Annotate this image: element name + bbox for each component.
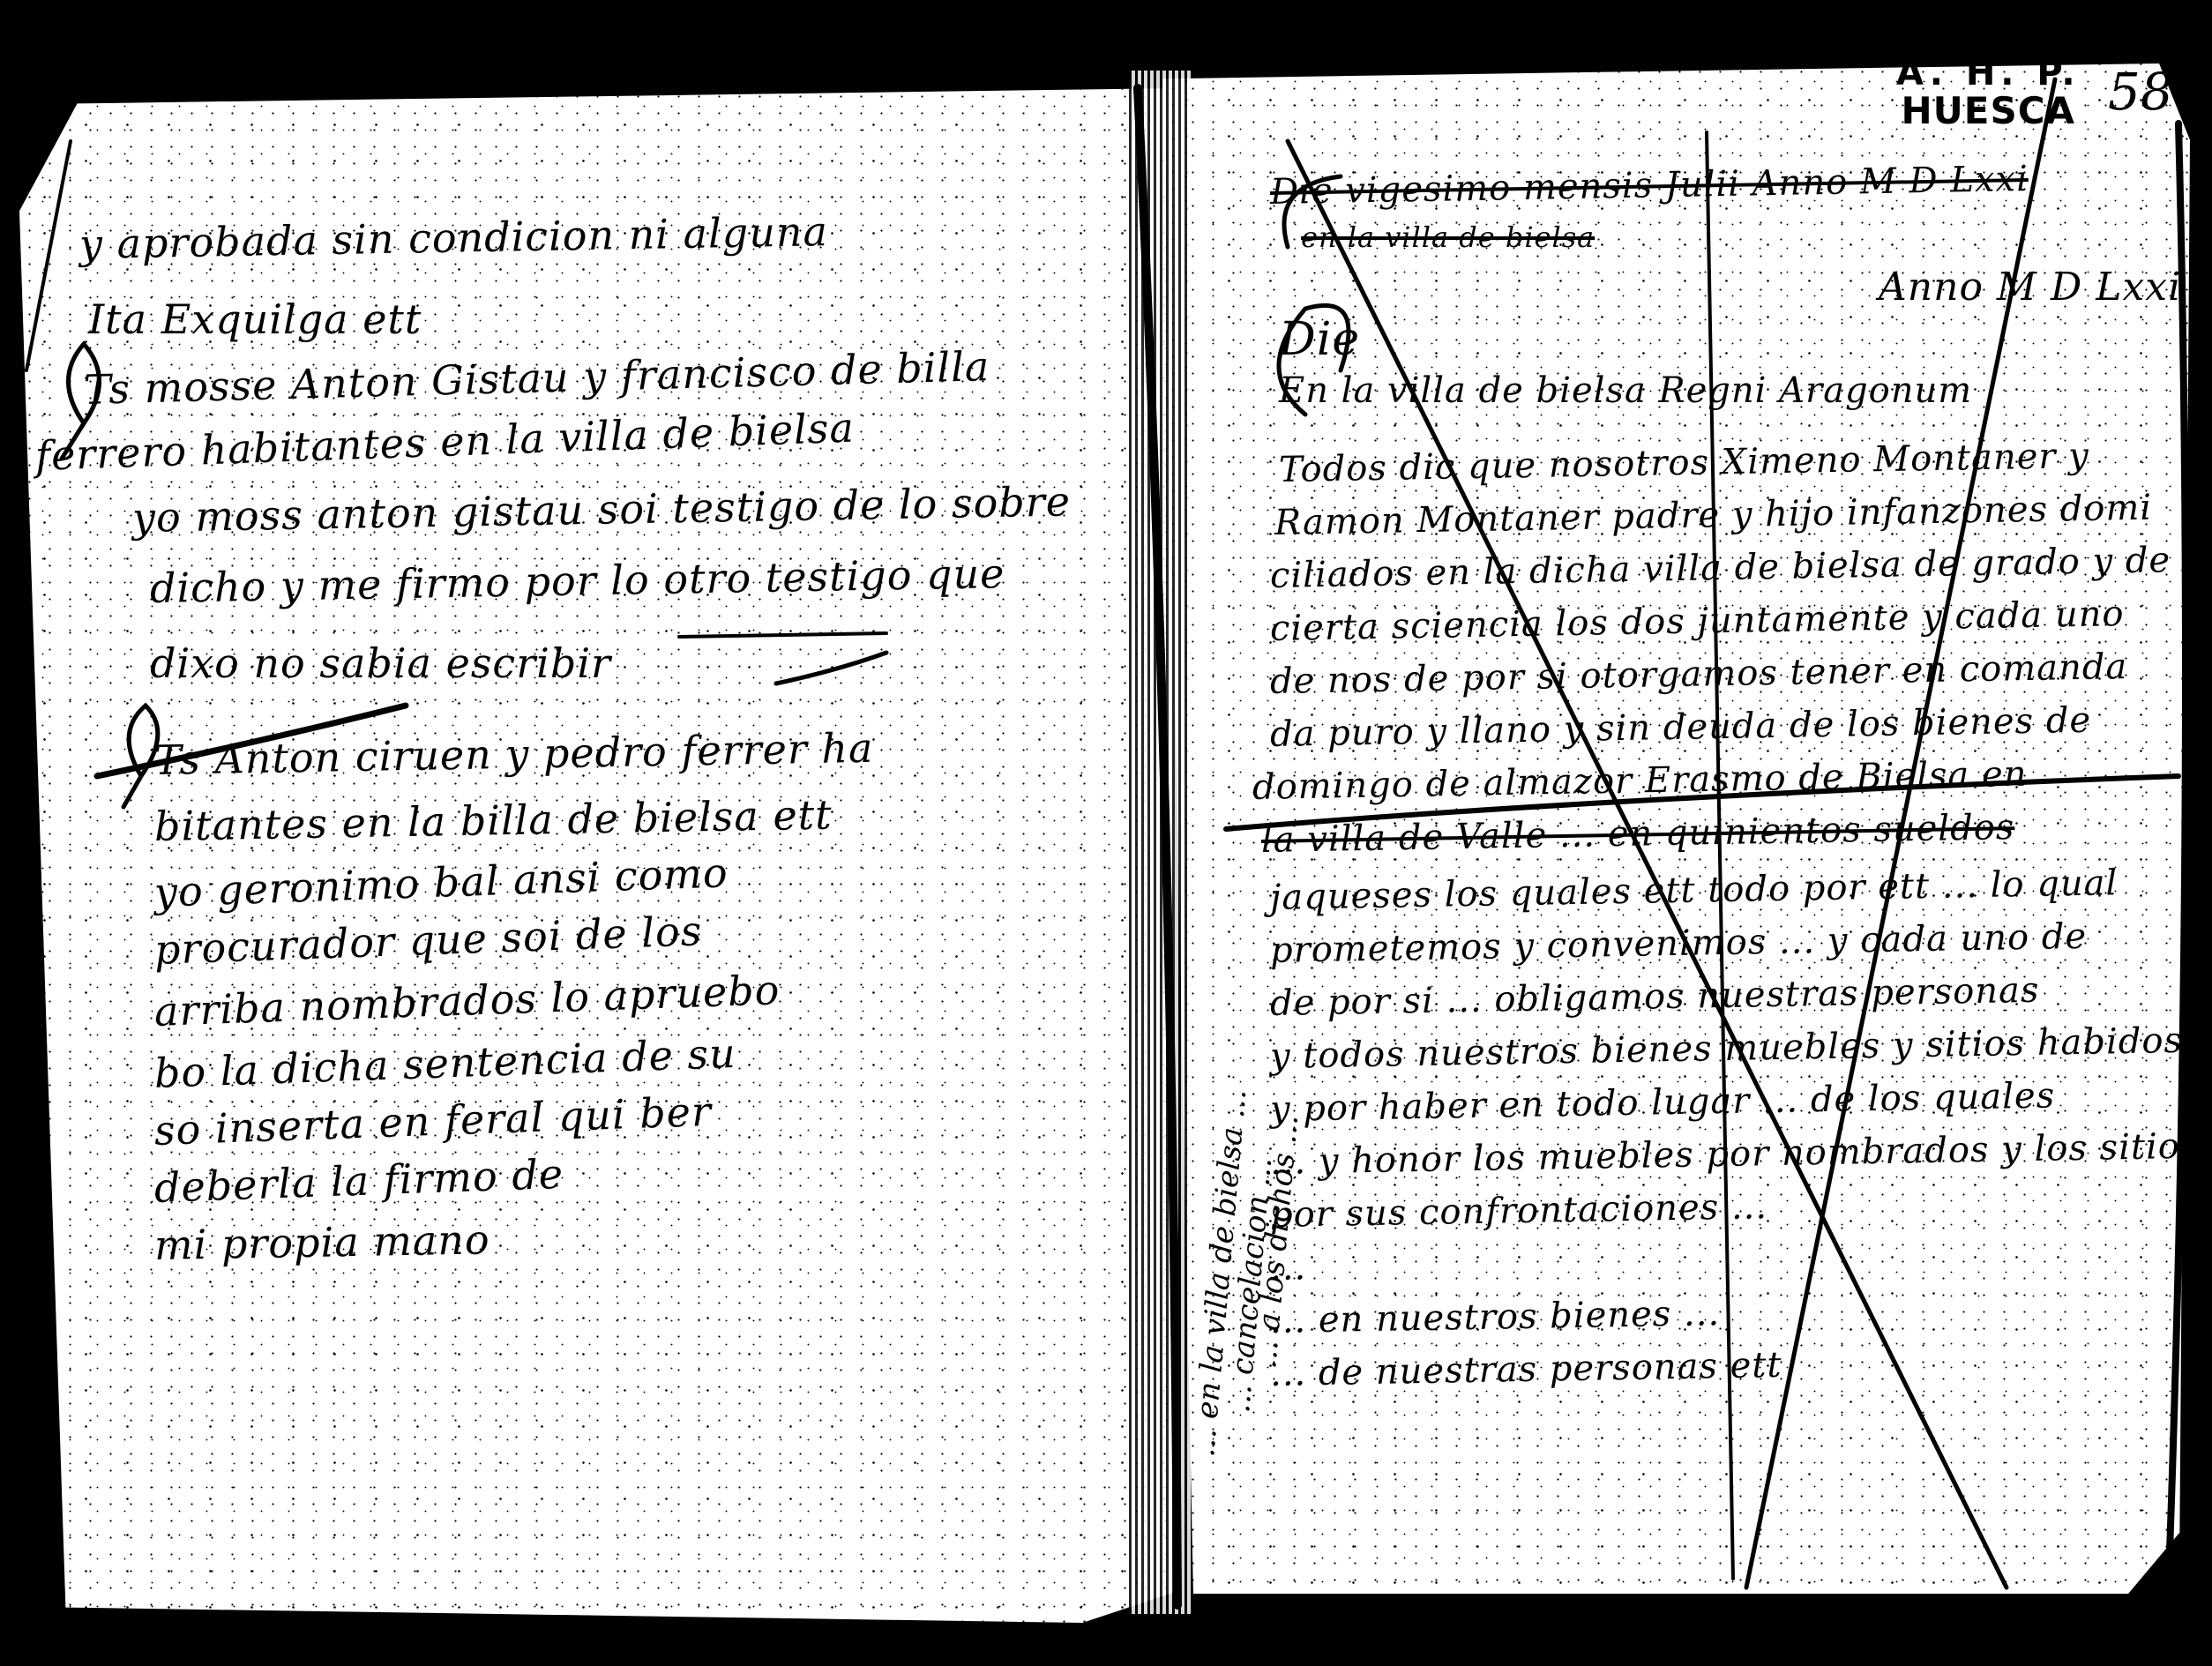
stamp-line-1: A. H. P. (1896, 55, 2081, 92)
manuscript-line: mi propia mano (154, 1215, 491, 1269)
book-gutter (1129, 71, 1191, 1614)
die-label: Die (1279, 313, 1360, 366)
place-line: En la villa de bielsa Regni Aragonum (1279, 370, 1972, 411)
manuscript-line: dixo no sabia escribir (150, 639, 611, 687)
archive-stamp: A. H. P. HUESCA (1896, 55, 2081, 131)
manuscript-line: Ita Exquilga ett (88, 295, 422, 343)
manuscript-line: ... en nuestros bienes ... (1270, 1293, 1721, 1341)
folio-number: 58 (2108, 62, 2173, 122)
year-line: Anno M D Lxxi (1879, 265, 2181, 310)
struck-header-line: en la villa de bielsa (1301, 220, 1595, 254)
manuscript-line: por sus confrontaciones ... (1270, 1186, 1768, 1236)
stamp-line-2: HUESCA (1896, 92, 2081, 131)
